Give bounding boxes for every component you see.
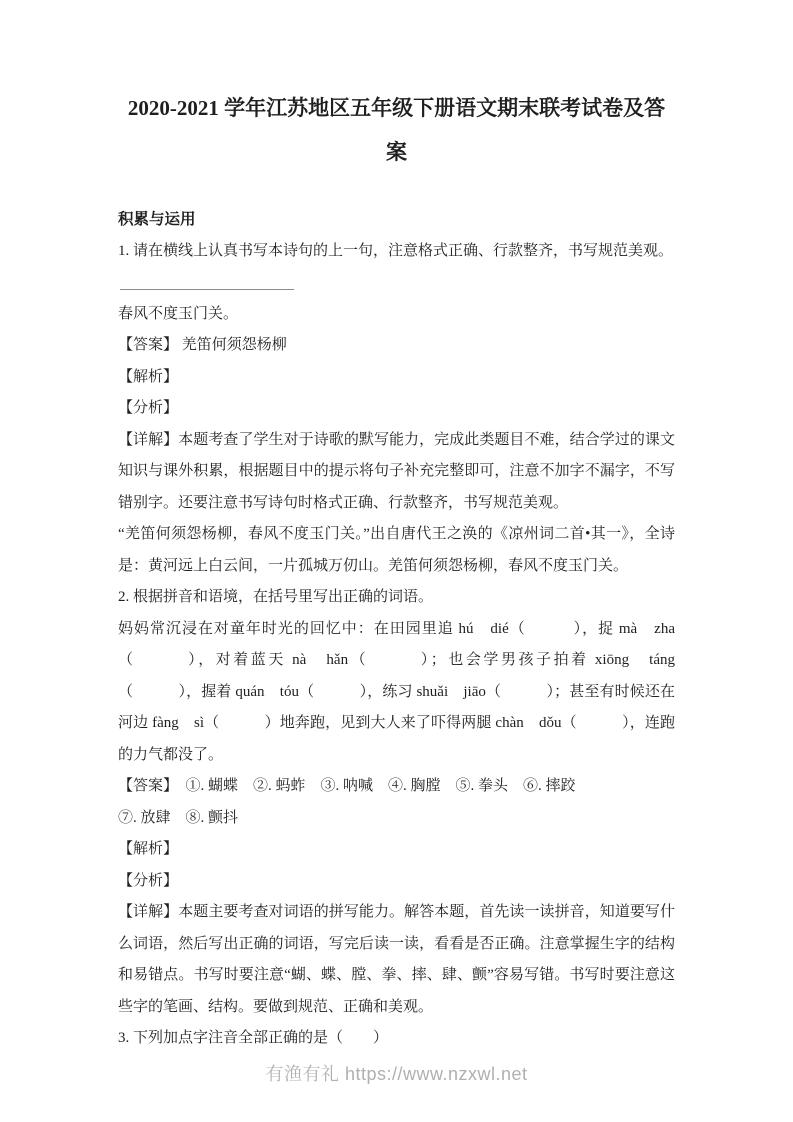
question-1-citation: “羌笛何须怨杨柳，春风不度玉门关。”出自唐代王之涣的《凉州词二首•其一》，全诗是… <box>118 519 675 582</box>
question-1-breakdown-label: 【分析】 <box>118 393 675 425</box>
question-2-prompt: 2. 根据拼音和语境，在括号里写出正确的词语。 <box>118 582 675 614</box>
question-2-answer-line-2: ⑦. 放肆 ⑧. 颤抖 <box>118 803 675 835</box>
question-2-answer-line-1: 【答案】 ①. 蝴蝶 ②. 蚂蚱 ③. 呐喊 ④. 胸膛 ⑤. 拳头 ⑥. 摔跤 <box>118 771 675 803</box>
question-1-answer: 【答案】 羌笛何须怨杨柳 <box>118 330 675 362</box>
site-watermark-link[interactable]: 有渔有礼 https://www.nzxwl.net <box>0 1060 793 1086</box>
question-3-prompt: 3. 下列加点字注音全部正确的是（ ） <box>118 1023 675 1055</box>
question-1-explanation: 【详解】本题考查了学生对于诗歌的默写能力，完成此类题目不难，结合学过的课文知识与… <box>118 425 675 520</box>
question-2-analysis-label: 【解析】 <box>118 834 675 866</box>
question-2-explanation: 【详解】本题主要考查对词语的拼写能力。解答本题，首先读一读拼音，知道要写什么词语… <box>118 897 675 1023</box>
exam-document-page: 2020-2021 学年江苏地区五年级下册语文期末联考试卷及答案 积累与运用 1… <box>0 0 793 1055</box>
poem-given-line: 春风不度玉门关。 <box>118 299 675 331</box>
section-heading: 积累与运用 <box>118 204 675 236</box>
question-2-breakdown-label: 【分析】 <box>118 866 675 898</box>
question-1-prompt: 1. 请在横线上认真书写本诗句的上一句，注意格式正确、行款整齐，书写规范美观。 <box>118 236 675 268</box>
blank-underline <box>120 289 294 290</box>
answer-blank-line <box>118 267 675 299</box>
question-2-passage: 妈妈常沉浸在对童年时光的回忆中：在田园里追 hú dié（ ），捉 mà zha… <box>118 614 675 772</box>
question-1-analysis-label: 【解析】 <box>118 362 675 394</box>
document-title: 2020-2021 学年江苏地区五年级下册语文期末联考试卷及答案 <box>118 86 675 174</box>
